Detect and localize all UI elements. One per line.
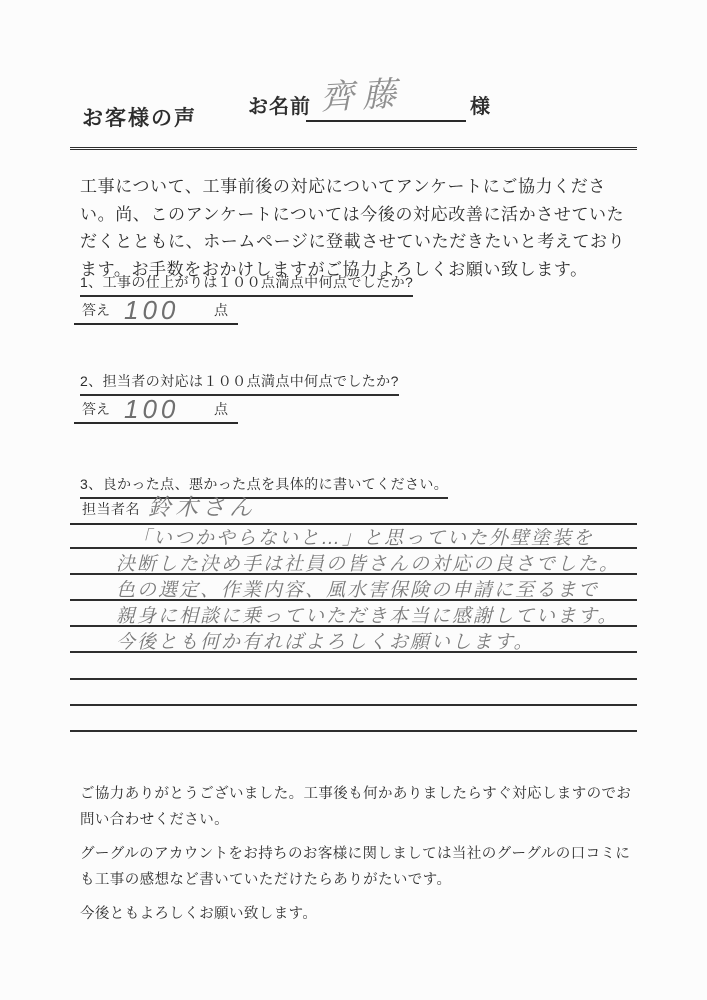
name-label: お名前 — [248, 90, 311, 119]
answer-1-value-handwritten: 100 — [124, 295, 179, 326]
page-title: お客様の声 — [82, 102, 197, 132]
staff-name-handwritten: 鈴木さん — [148, 489, 256, 522]
comment-line: 色の選定、作業内容、風水害保険の申請に至るまで — [70, 575, 637, 601]
comment-text-handwritten: 「いつかやらないと…」と思っていた外壁塗装を — [132, 523, 594, 550]
footer-google-review-text: グーグルのアカウントをお持ちのお客様に関しましては当社のグーグルの口コミに も工… — [80, 841, 636, 894]
comments-section: 「いつかやらないと…」と思っていた外壁塗装を 決断した決め手は社員の皆さんの対応… — [70, 523, 637, 732]
staff-name-row: 担当者名 鈴木さん — [70, 496, 637, 525]
question-2-label: 2、担当者の対応は１００点満点中何点でしたか? — [80, 371, 399, 396]
comment-line-empty — [70, 706, 637, 732]
footer-closing-text: 今後ともよろしくお願い致します。 — [80, 901, 636, 928]
comment-line: 「いつかやらないと…」と思っていた外壁塗装を — [70, 523, 637, 549]
comment-line: 親身に相談に乗っていただき本当に感謝しています。 — [70, 601, 637, 627]
answer-2-value-handwritten: 100 — [124, 394, 179, 425]
answer-2-label: 答え — [82, 399, 110, 419]
intro-text: 工事について、工事前後の対応についてアンケートにご協力くださ い。尚、このアンケ… — [80, 173, 632, 283]
comment-text-handwritten: 色の選定、作業内容、風水害保険の申請に至るまで — [116, 575, 599, 602]
footer-thanks-text: ご協力ありがとうございました。工事後も何かありましたらすぐ対応しますのでお 問い… — [80, 781, 636, 834]
customer-name-handwritten: 齊藤 — [319, 66, 405, 119]
comment-line-empty — [70, 653, 637, 679]
question-1-label: 1、工事の仕上がりは１００点満点中何点でしたか? — [80, 272, 413, 297]
answer-2-unit: 点 — [214, 399, 228, 419]
comment-line: 決断した決め手は社員の皆さんの対応の良さでした。 — [70, 549, 637, 575]
staff-name-label: 担当者名 — [82, 499, 140, 519]
answer-1-unit: 点 — [214, 300, 228, 320]
comment-text-handwritten: 決断した決め手は社員の皆さんの対応の良さでした。 — [116, 549, 620, 576]
question-1-answer-row: 答え 100 点 — [74, 296, 238, 325]
honorific-label: 様 — [470, 90, 490, 119]
answer-1-label: 答え — [82, 300, 110, 320]
question-2-answer-row: 答え 100 点 — [74, 395, 238, 424]
header-divider — [70, 147, 637, 150]
comment-line: 今後とも何か有ればよろしくお願いします。 — [70, 627, 637, 653]
comment-text-handwritten: 今後とも何か有ればよろしくお願いします。 — [116, 627, 534, 654]
comment-line-empty — [70, 680, 637, 706]
comment-text-handwritten: 親身に相談に乗っていただき本当に感謝しています。 — [116, 601, 618, 628]
survey-scan-page: お客様の声 お名前 齊藤 様 工事について、工事前後の対応についてアンケートにご… — [0, 0, 707, 1000]
